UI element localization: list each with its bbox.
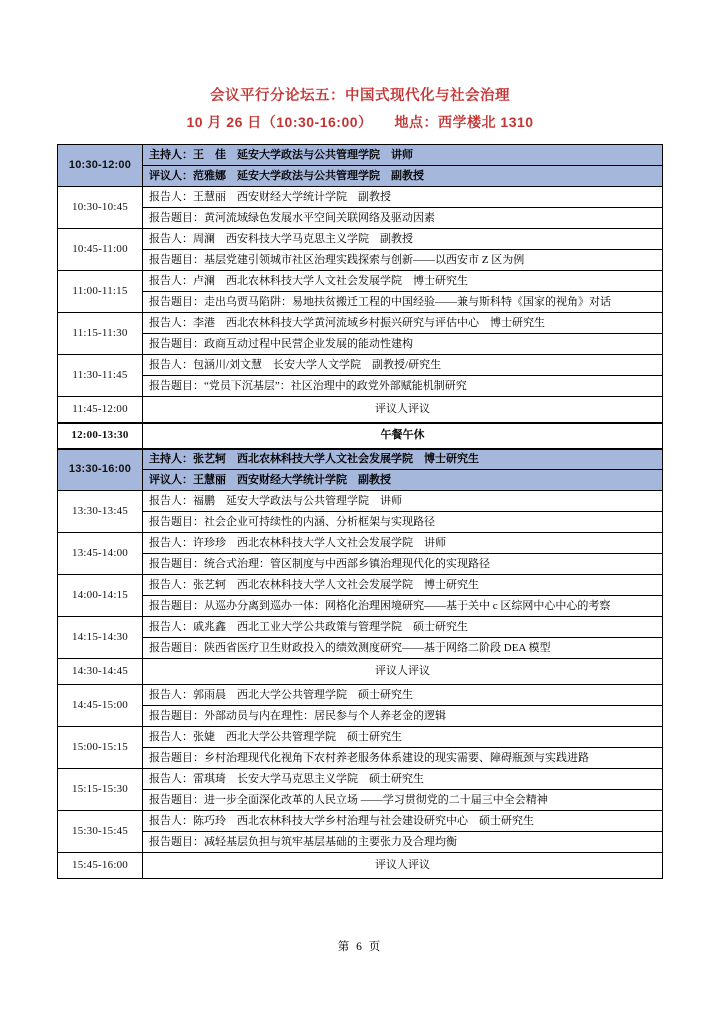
talk-time: 14:15-14:30 <box>58 617 143 659</box>
slot-time: 15:45-16:00 <box>58 853 143 879</box>
talk-topic: 报告题目：乡村治理现代化视角下农村养老服务体系建设的现实需要、障碍瓶颈与实践进路 <box>143 748 663 769</box>
talk-row: 11:00-11:15报告人：卢澜 西北农林科技大学人文社会发展学院 博士研究生 <box>58 271 663 292</box>
talk-speaker: 报告人：张婕 西北大学公共管理学院 硕士研究生 <box>143 727 663 748</box>
slot-label: 评议人评议 <box>143 853 663 879</box>
talk-time: 10:30-10:45 <box>58 187 143 229</box>
talk-row: 报告题目：基层党建引领城市社区治理实践探索与创新——以西安市 Z 区为例 <box>58 250 663 271</box>
session-host: 主持人：张艺轲 西北农林科技大学人文社会发展学院 博士研究生 <box>143 449 663 470</box>
talk-row: 报告题目：社会企业可持续性的内涵、分析框架与实现路径 <box>58 512 663 533</box>
talk-topic: 报告题目：黄河流域绿色发展水平空间关联网络及驱动因素 <box>143 208 663 229</box>
talk-speaker: 报告人：卢澜 西北农林科技大学人文社会发展学院 博士研究生 <box>143 271 663 292</box>
talk-topic: 报告题目：基层党建引领城市社区治理实践探索与创新——以西安市 Z 区为例 <box>143 250 663 271</box>
talk-row: 报告题目：陕西省医疗卫生财政投入的绩效测度研究——基于网络二阶段 DEA 模型 <box>58 638 663 659</box>
talk-speaker: 报告人：戚兆鑫 西北工业大学公共政策与管理学院 硕士研究生 <box>143 617 663 638</box>
review-row: 14:30-14:45评议人评议 <box>58 659 663 685</box>
talk-row: 14:45-15:00报告人：郭雨晨 西北大学公共管理学院 硕士研究生 <box>58 685 663 706</box>
talk-row: 13:30-13:45报告人：福鹏 延安大学政法与公共管理学院 讲师 <box>58 491 663 512</box>
talk-speaker: 报告人：王慧丽 西安财经大学统计学院 副教授 <box>143 187 663 208</box>
talk-time: 14:00-14:15 <box>58 575 143 617</box>
talk-time: 10:45-11:00 <box>58 229 143 271</box>
talk-row: 10:45-11:00报告人：周澜 西安科技大学马克思主义学院 副教授 <box>58 229 663 250</box>
talk-speaker: 报告人：陈巧玲 西北农林科技大学乡村治理与社会建设研究中心 硕士研究生 <box>143 811 663 832</box>
slot-label: 评议人评议 <box>143 659 663 685</box>
talk-row: 报告题目：黄河流域绿色发展水平空间关联网络及驱动因素 <box>58 208 663 229</box>
talk-row: 报告题目：乡村治理现代化视角下农村养老服务体系建设的现实需要、障碍瓶颈与实践进路 <box>58 748 663 769</box>
talk-topic: 报告题目：陕西省医疗卫生财政投入的绩效测度研究——基于网络二阶段 DEA 模型 <box>143 638 663 659</box>
talk-topic: 报告题目：社会企业可持续性的内涵、分析框架与实现路径 <box>143 512 663 533</box>
session-header-row: 10:30-12:00主持人：王 佳 延安大学政法与公共管理学院 讲师 <box>58 145 663 166</box>
talk-row: 10:30-10:45报告人：王慧丽 西安财经大学统计学院 副教授 <box>58 187 663 208</box>
talk-topic: 报告题目：“党员下沉基层”：社区治理中的政党外部赋能机制研究 <box>143 376 663 397</box>
talk-speaker: 报告人：许珍珍 西北农林科技大学人文社会发展学院 讲师 <box>143 533 663 554</box>
slot-time: 14:30-14:45 <box>58 659 143 685</box>
session-host: 主持人：王 佳 延安大学政法与公共管理学院 讲师 <box>143 145 663 166</box>
session-reviewer: 评议人：王慧丽 西安财经大学统计学院 副教授 <box>143 470 663 491</box>
talk-speaker: 报告人：张艺轲 西北农林科技大学人文社会发展学院 博士研究生 <box>143 575 663 596</box>
document-header: 会议平行分论坛五：中国式现代化与社会治理 10 月 26 日（10:30-16:… <box>0 0 720 132</box>
session-time: 10:30-12:00 <box>58 145 143 187</box>
talk-topic: 报告题目：走出乌贾马陷阱：易地扶贫搬迁工程的中国经验——兼与斯科特《国家的视角》… <box>143 292 663 313</box>
talk-time: 13:45-14:00 <box>58 533 143 575</box>
talk-row: 14:00-14:15报告人：张艺轲 西北农林科技大学人文社会发展学院 博士研究… <box>58 575 663 596</box>
review-row: 11:45-12:00评议人评议 <box>58 397 663 423</box>
talk-row: 11:15-11:30报告人：李港 西北农林科技大学黄河流域乡村振兴研究与评估中… <box>58 313 663 334</box>
session-header-row: 评议人：范雅娜 延安大学政法与公共管理学院 副教授 <box>58 166 663 187</box>
session-header-row: 13:30-16:00主持人：张艺轲 西北农林科技大学人文社会发展学院 博士研究… <box>58 449 663 470</box>
talk-topic: 报告题目：进一步全面深化改革的人民立场 ——学习贯彻党的二十届三中全会精神 <box>143 790 663 811</box>
lunch-break-row: 12:00-13:30午餐午休 <box>58 423 663 449</box>
talk-time: 15:30-15:45 <box>58 811 143 853</box>
slot-time: 12:00-13:30 <box>58 423 143 449</box>
talk-row: 11:30-11:45报告人：包涵川/刘文慧 长安大学人文学院 副教授/研究生 <box>58 355 663 376</box>
talk-row: 15:15-15:30报告人：雷琪琦 长安大学马克思主义学院 硕士研究生 <box>58 769 663 790</box>
talk-row: 报告题目：减轻基层负担与筑牢基层基础的主要张力及合理均衡 <box>58 832 663 853</box>
talk-topic: 报告题目：减轻基层负担与筑牢基层基础的主要张力及合理均衡 <box>143 832 663 853</box>
slot-label: 午餐午休 <box>143 423 663 449</box>
talk-speaker: 报告人：雷琪琦 长安大学马克思主义学院 硕士研究生 <box>143 769 663 790</box>
talk-topic: 报告题目：从巡办分离到巡办一体：网格化治理困境研究——基于关中 c 区综网中心中… <box>143 596 663 617</box>
talk-topic: 报告题目：外部动员与内在理性：居民参与个人养老金的逻辑 <box>143 706 663 727</box>
talk-row: 报告题目：外部动员与内在理性：居民参与个人养老金的逻辑 <box>58 706 663 727</box>
talk-time: 11:15-11:30 <box>58 313 143 355</box>
talk-row: 15:30-15:45报告人：陈巧玲 西北农林科技大学乡村治理与社会建设研究中心… <box>58 811 663 832</box>
session-time: 13:30-16:00 <box>58 449 143 491</box>
talk-time: 13:30-13:45 <box>58 491 143 533</box>
talk-time: 11:30-11:45 <box>58 355 143 397</box>
talk-row: 报告题目：从巡办分离到巡办一体：网格化治理困境研究——基于关中 c 区综网中心中… <box>58 596 663 617</box>
talk-topic: 报告题目：政商互动过程中民营企业发展的能动性建构 <box>143 334 663 355</box>
talk-row: 15:00-15:15报告人：张婕 西北大学公共管理学院 硕士研究生 <box>58 727 663 748</box>
page-number: 第 6 页 <box>0 938 720 954</box>
talk-row: 报告题目：进一步全面深化改革的人民立场 ——学习贯彻党的二十届三中全会精神 <box>58 790 663 811</box>
talk-time: 15:15-15:30 <box>58 769 143 811</box>
talk-row: 14:15-14:30报告人：戚兆鑫 西北工业大学公共政策与管理学院 硕士研究生 <box>58 617 663 638</box>
talk-speaker: 报告人：周澜 西安科技大学马克思主义学院 副教授 <box>143 229 663 250</box>
talk-time: 14:45-15:00 <box>58 685 143 727</box>
talk-row: 报告题目：政商互动过程中民营企业发展的能动性建构 <box>58 334 663 355</box>
talk-speaker: 报告人：郭雨晨 西北大学公共管理学院 硕士研究生 <box>143 685 663 706</box>
session-header-row: 评议人：王慧丽 西安财经大学统计学院 副教授 <box>58 470 663 491</box>
talk-topic: 报告题目：统合式治理：管区制度与中西部乡镇治理现代化的实现路径 <box>143 554 663 575</box>
talk-row: 报告题目：统合式治理：管区制度与中西部乡镇治理现代化的实现路径 <box>58 554 663 575</box>
talk-time: 11:00-11:15 <box>58 271 143 313</box>
talk-row: 报告题目：“党员下沉基层”：社区治理中的政党外部赋能机制研究 <box>58 376 663 397</box>
slot-label: 评议人评议 <box>143 397 663 423</box>
talk-speaker: 报告人：福鹏 延安大学政法与公共管理学院 讲师 <box>143 491 663 512</box>
talk-row: 13:45-14:00报告人：许珍珍 西北农林科技大学人文社会发展学院 讲师 <box>58 533 663 554</box>
schedule-table: 10:30-12:00主持人：王 佳 延安大学政法与公共管理学院 讲师评议人：范… <box>57 144 663 879</box>
talk-row: 报告题目：走出乌贾马陷阱：易地扶贫搬迁工程的中国经验——兼与斯科特《国家的视角》… <box>58 292 663 313</box>
forum-title: 会议平行分论坛五：中国式现代化与社会治理 <box>0 84 720 105</box>
talk-speaker: 报告人：李港 西北农林科技大学黄河流域乡村振兴研究与评估中心 博士研究生 <box>143 313 663 334</box>
talk-speaker: 报告人：包涵川/刘文慧 长安大学人文学院 副教授/研究生 <box>143 355 663 376</box>
review-row: 15:45-16:00评议人评议 <box>58 853 663 879</box>
slot-time: 11:45-12:00 <box>58 397 143 423</box>
talk-time: 15:00-15:15 <box>58 727 143 769</box>
forum-datetime-location: 10 月 26 日（10:30-16:00） 地点：西学楼北 1310 <box>0 112 720 132</box>
session-reviewer: 评议人：范雅娜 延安大学政法与公共管理学院 副教授 <box>143 166 663 187</box>
